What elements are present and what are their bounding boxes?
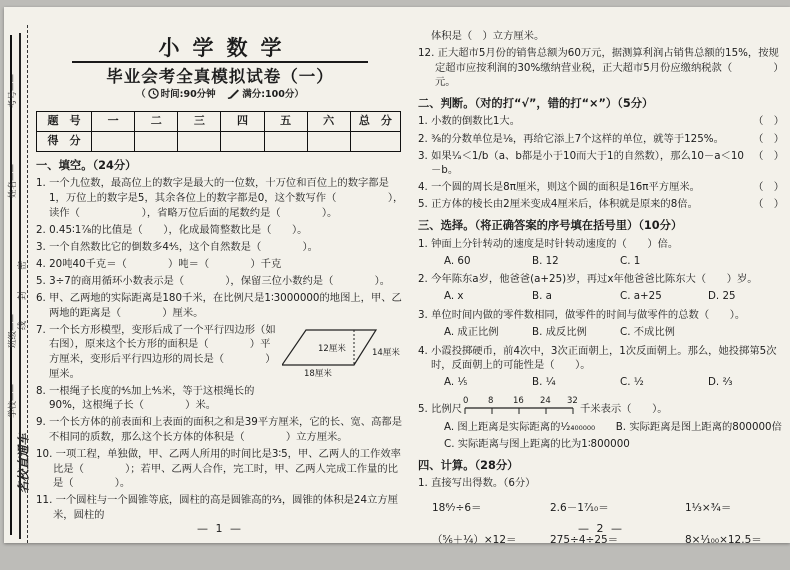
option-a: A. x [444, 289, 532, 304]
fill-question-3: 3. 一个自然数比它的倒数多4⁴⁄₅，这个自然数是（ ）。 [36, 240, 404, 255]
judge-item-3-bracket: （ ） [753, 149, 784, 178]
score-header-3: 三 [178, 111, 221, 131]
option-a: A. 成正比例 [444, 325, 532, 340]
fill-question-4: 4. 20吨40千克＝（ ）吨＝（ ）千克 [36, 257, 404, 272]
scanned-exam-paper: 考号—— 姓名—— 班级—— 学校—— 密 封 线 名校直通车 小学数学 毕业会… [4, 7, 790, 543]
calc-subheading: 1. 直接写出得数。（6分） [418, 476, 784, 491]
score-cell [307, 131, 350, 151]
option-b: B. a [532, 289, 620, 304]
choice-item-5-options-row1: A. 图上距离是实际距离的¹⁄₂₄₀₀₀₀₀ B. 实际距离是图上距离的8000… [418, 420, 784, 435]
ruler-tick-24: 24 [540, 396, 551, 406]
choice-item-1-options: A. 60 B. 12 C. 1 [418, 254, 784, 269]
judge-item-4-text: 4. 一个圆的周长是8π厘米，则这个圆的面积是16π平方厘米。 [418, 180, 747, 195]
choice-item-4-stem: 4. 小霞投掷硬币，前4次中，3次正面朝上，1次反面朝上。那么，她投掷第5次时，… [418, 344, 784, 373]
judge-item-5-bracket: （ ） [753, 197, 784, 212]
fill-question-7-text: 7. 一个长方形模型，变形后成了一个平行四边形（如右图），原来这个长方形的面积是… [36, 324, 276, 380]
judge-item-4-bracket: （ ） [753, 180, 784, 195]
fill-question-1: 1. 一个九位数，最高位上的数字是最大的一位数，十万位和百位上的数字都是1，万位… [36, 176, 404, 220]
choice-item-3-options: A. 成正比例 B. 成反比例 C. 不成比例 [418, 325, 784, 340]
option-d: D. ²⁄₃ [708, 375, 790, 390]
option-b: B. 成反比例 [532, 325, 620, 340]
judge-item-1-bracket: （ ） [753, 114, 784, 129]
score-header-1: 一 [92, 111, 135, 131]
option-a: A. 60 [444, 254, 532, 269]
score-header-total: 总 分 [350, 111, 400, 131]
meta-open-paren: （ [136, 89, 146, 100]
choice-item-5-stem: 5. 比例尺 0 8 16 24 32 千米表示（ ）。 [418, 394, 784, 418]
clock-icon [148, 88, 159, 99]
score-row-label: 得 分 [37, 131, 92, 151]
expression-1: 18⁶⁄₇÷6＝ [432, 501, 550, 516]
section-fill-heading: 一、填空。（24分） [36, 159, 404, 174]
page-number-2: — 2 — [418, 522, 784, 537]
page-number-1: — 1 — [36, 522, 404, 537]
meta-close-paren: ） [294, 89, 304, 100]
seal-char-mi: 密 [15, 261, 28, 270]
option-c: C. 1 [620, 254, 708, 269]
judge-item-2-text: 2. ³⁄₈的分数单位是¹⁄₈，再给它添上7个这样的单位，就等于125%。 [418, 132, 747, 147]
fill-question-9: 9. 一个长方体的前表面和上表面的面积之和是39平方厘米，它的长、宽、高都是不相… [36, 415, 404, 444]
judge-item-2-bracket: （ ） [753, 132, 784, 147]
fill-question-7: 12厘米 14厘米 18厘米 7. 一个长方形模型，变形后成了一个平行四边形（如… [36, 323, 404, 381]
seal-char-xian: 线 [15, 321, 28, 330]
choice-item-5-prefix: 5. 比例尺 [418, 403, 462, 415]
class-field: 班级—— [6, 307, 18, 355]
score-header-4: 四 [221, 111, 264, 131]
title-underline [72, 61, 368, 63]
score-header-timu: 题 号 [37, 111, 92, 131]
workbook-brand: 名校直通车 [15, 419, 32, 509]
option-a: A. ¹⁄₅ [444, 375, 532, 390]
choice-item-2-options: A. x B. a C. a+25 D. 25 [418, 289, 784, 304]
ruler-tick-16: 16 [513, 396, 524, 406]
score-cell [178, 131, 221, 151]
right-page: 体积是（ ）立方厘米。 12. 正大超市5月份的销售总额为60万元，据测算利润占… [418, 15, 784, 543]
fill-question-6: 6. 甲、乙两地的实际距离是180千米，在比例尺是1∶3000000的地图上，甲… [36, 291, 404, 320]
fill-question-10: 10. 一项工程，单独做，甲、乙两人所用的时间比是3∶5，甲、乙两人的工作效率比… [36, 447, 404, 491]
option-c: C. 实际距离与图上距离的比为1∶800000 [444, 438, 630, 450]
score-table: 题 号 一 二 三 四 五 六 总 分 得 分 [36, 111, 401, 152]
fill-question-8: 8. 一根绳子长度的⁴⁄₅加上⁴⁄₅米，等于这根绳长的90%，这根绳子长（ ）米… [36, 384, 404, 413]
fill-question-11: 11. 一个圆柱与一个圆锥等底，圆柱的高是圆锥高的²⁄₃，圆锥的体积是24立方厘… [36, 493, 404, 522]
time-limit-label: 时间:90分钟 [161, 89, 216, 100]
exam-number-field: 考号—— [6, 67, 18, 115]
fill-question-12: 12. 正大超市5月份的销售总额为60万元，据测算利润占销售总额的15%，按规定… [418, 46, 784, 90]
option-b: B. 实际距离是图上距离的800000倍 [616, 421, 782, 433]
seal-char-feng: 封 [15, 291, 28, 300]
choice-item-1-stem: 1. 钟面上分针转动的速度是时针转动速度的（ ）倍。 [418, 237, 784, 252]
judge-item-4: 4. 一个圆的周长是8π厘米，则这个圆的面积是16π平方厘米。 （ ） [418, 180, 784, 195]
option-d: D. 25 [708, 289, 790, 304]
option-a: A. 图上距离是实际距离的¹⁄₂₄₀₀₀₀₀ [444, 421, 595, 433]
scale-ruler-diagram: 0 8 16 24 32 [462, 394, 580, 418]
diagram-height-label: 12厘米 [318, 343, 346, 354]
parallelogram-diagram: 12厘米 14厘米 18厘米 [282, 325, 404, 383]
expression-3: 1¹⁄₃×³⁄₄＝ [685, 501, 784, 516]
option-c: C. 不成比例 [620, 325, 708, 340]
fill-question-11-continued: 体积是（ ）立方厘米。 [418, 29, 784, 44]
section-judge-heading: 二、判断。（对的打“√”，错的打“×”）（5分） [418, 97, 784, 112]
judge-item-1: 1. 小数的倒数比1大。 （ ） [418, 114, 784, 129]
judge-item-5: 5. 正方体的棱长由2厘米变成4厘米后，体积就是原来的8倍。 （ ） [418, 197, 784, 212]
choice-item-4-options: A. ¹⁄₅ B. ¹⁄₄ C. ¹⁄₂ D. ²⁄₃ [418, 375, 784, 390]
diagram-side-label: 14厘米 [372, 347, 400, 358]
score-table-header-row: 题 号 一 二 三 四 五 六 总 分 [37, 111, 401, 131]
judge-item-2: 2. ³⁄₈的分数单位是¹⁄₈，再给它添上7个这样的单位，就等于125%。 （ … [418, 132, 784, 147]
judge-item-3-text: 3. 如果¹⁄ₐ＜1/b（a、b都是小于10而大于1的自然数），那么10－a＜1… [418, 149, 747, 178]
ruler-tick-0: 0 [463, 396, 468, 406]
choice-item-2-stem: 2. 今年陈东a岁，他爸爸(a+25)岁，再过x年他爸爸比陈东大（ ）岁。 [418, 272, 784, 287]
option-b: B. ¹⁄₄ [532, 375, 620, 390]
exam-subtitle: 毕业会考全真模拟试卷（一） [36, 70, 404, 85]
score-header-5: 五 [264, 111, 307, 131]
score-header-6: 六 [307, 111, 350, 131]
score-cell [92, 131, 135, 151]
section-choice-heading: 三、选择。（将正确答案的序号填在括号里）（10分） [418, 219, 784, 234]
exam-meta: （时间:90分钟 满分:100分） [36, 88, 404, 103]
judge-item-3: 3. 如果¹⁄ₐ＜1/b（a、b都是小于10而大于1的自然数），那么10－a＜1… [418, 149, 784, 178]
ruler-tick-8: 8 [488, 396, 493, 406]
left-page: 小学数学 毕业会考全真模拟试卷（一） （时间:90分钟 满分:100分） 题 号… [36, 15, 404, 543]
expression-2: 2.6－1⁷⁄₁₀＝ [550, 501, 685, 516]
choice-item-3-stem: 3. 单位时间内做的零件数相同，做零件的时间与做零件的总数（ ）。 [418, 308, 784, 323]
ruler-tick-32: 32 [567, 396, 578, 406]
score-cell [350, 131, 400, 151]
score-cell [135, 131, 178, 151]
student-name-field: 姓名—— [6, 157, 18, 205]
choice-item-5-options-row2: C. 实际距离与图上距离的比为1∶800000 [418, 437, 784, 452]
score-cell [264, 131, 307, 151]
judge-item-1-text: 1. 小数的倒数比1大。 [418, 114, 747, 129]
option-b: B. 12 [532, 254, 620, 269]
score-table-score-row: 得 分 [37, 131, 401, 151]
choice-item-5-suffix: 千米表示（ ）。 [580, 403, 668, 415]
fill-question-2: 2. 0.45∶1⁷⁄₈的比值是（ ），化成最简整数比是（ ）。 [36, 223, 404, 238]
pencil-icon [227, 88, 240, 99]
full-score-label: 满分:100分 [242, 89, 294, 100]
judge-item-5-text: 5. 正方体的棱长由2厘米变成4厘米后，体积就是原来的8倍。 [418, 197, 747, 212]
option-c: C. a+25 [620, 289, 708, 304]
score-cell [221, 131, 264, 151]
option-c: C. ¹⁄₂ [620, 375, 708, 390]
section-calc-heading: 四、计算。（28分） [418, 459, 784, 474]
diagram-base-label: 18厘米 [304, 368, 332, 379]
fill-question-5: 5. 3÷7的商用循环小数表示是（ ），保留三位小数约是（ ）。 [36, 274, 404, 289]
score-header-2: 二 [135, 111, 178, 131]
paper-title: 小学数学 [36, 41, 404, 56]
